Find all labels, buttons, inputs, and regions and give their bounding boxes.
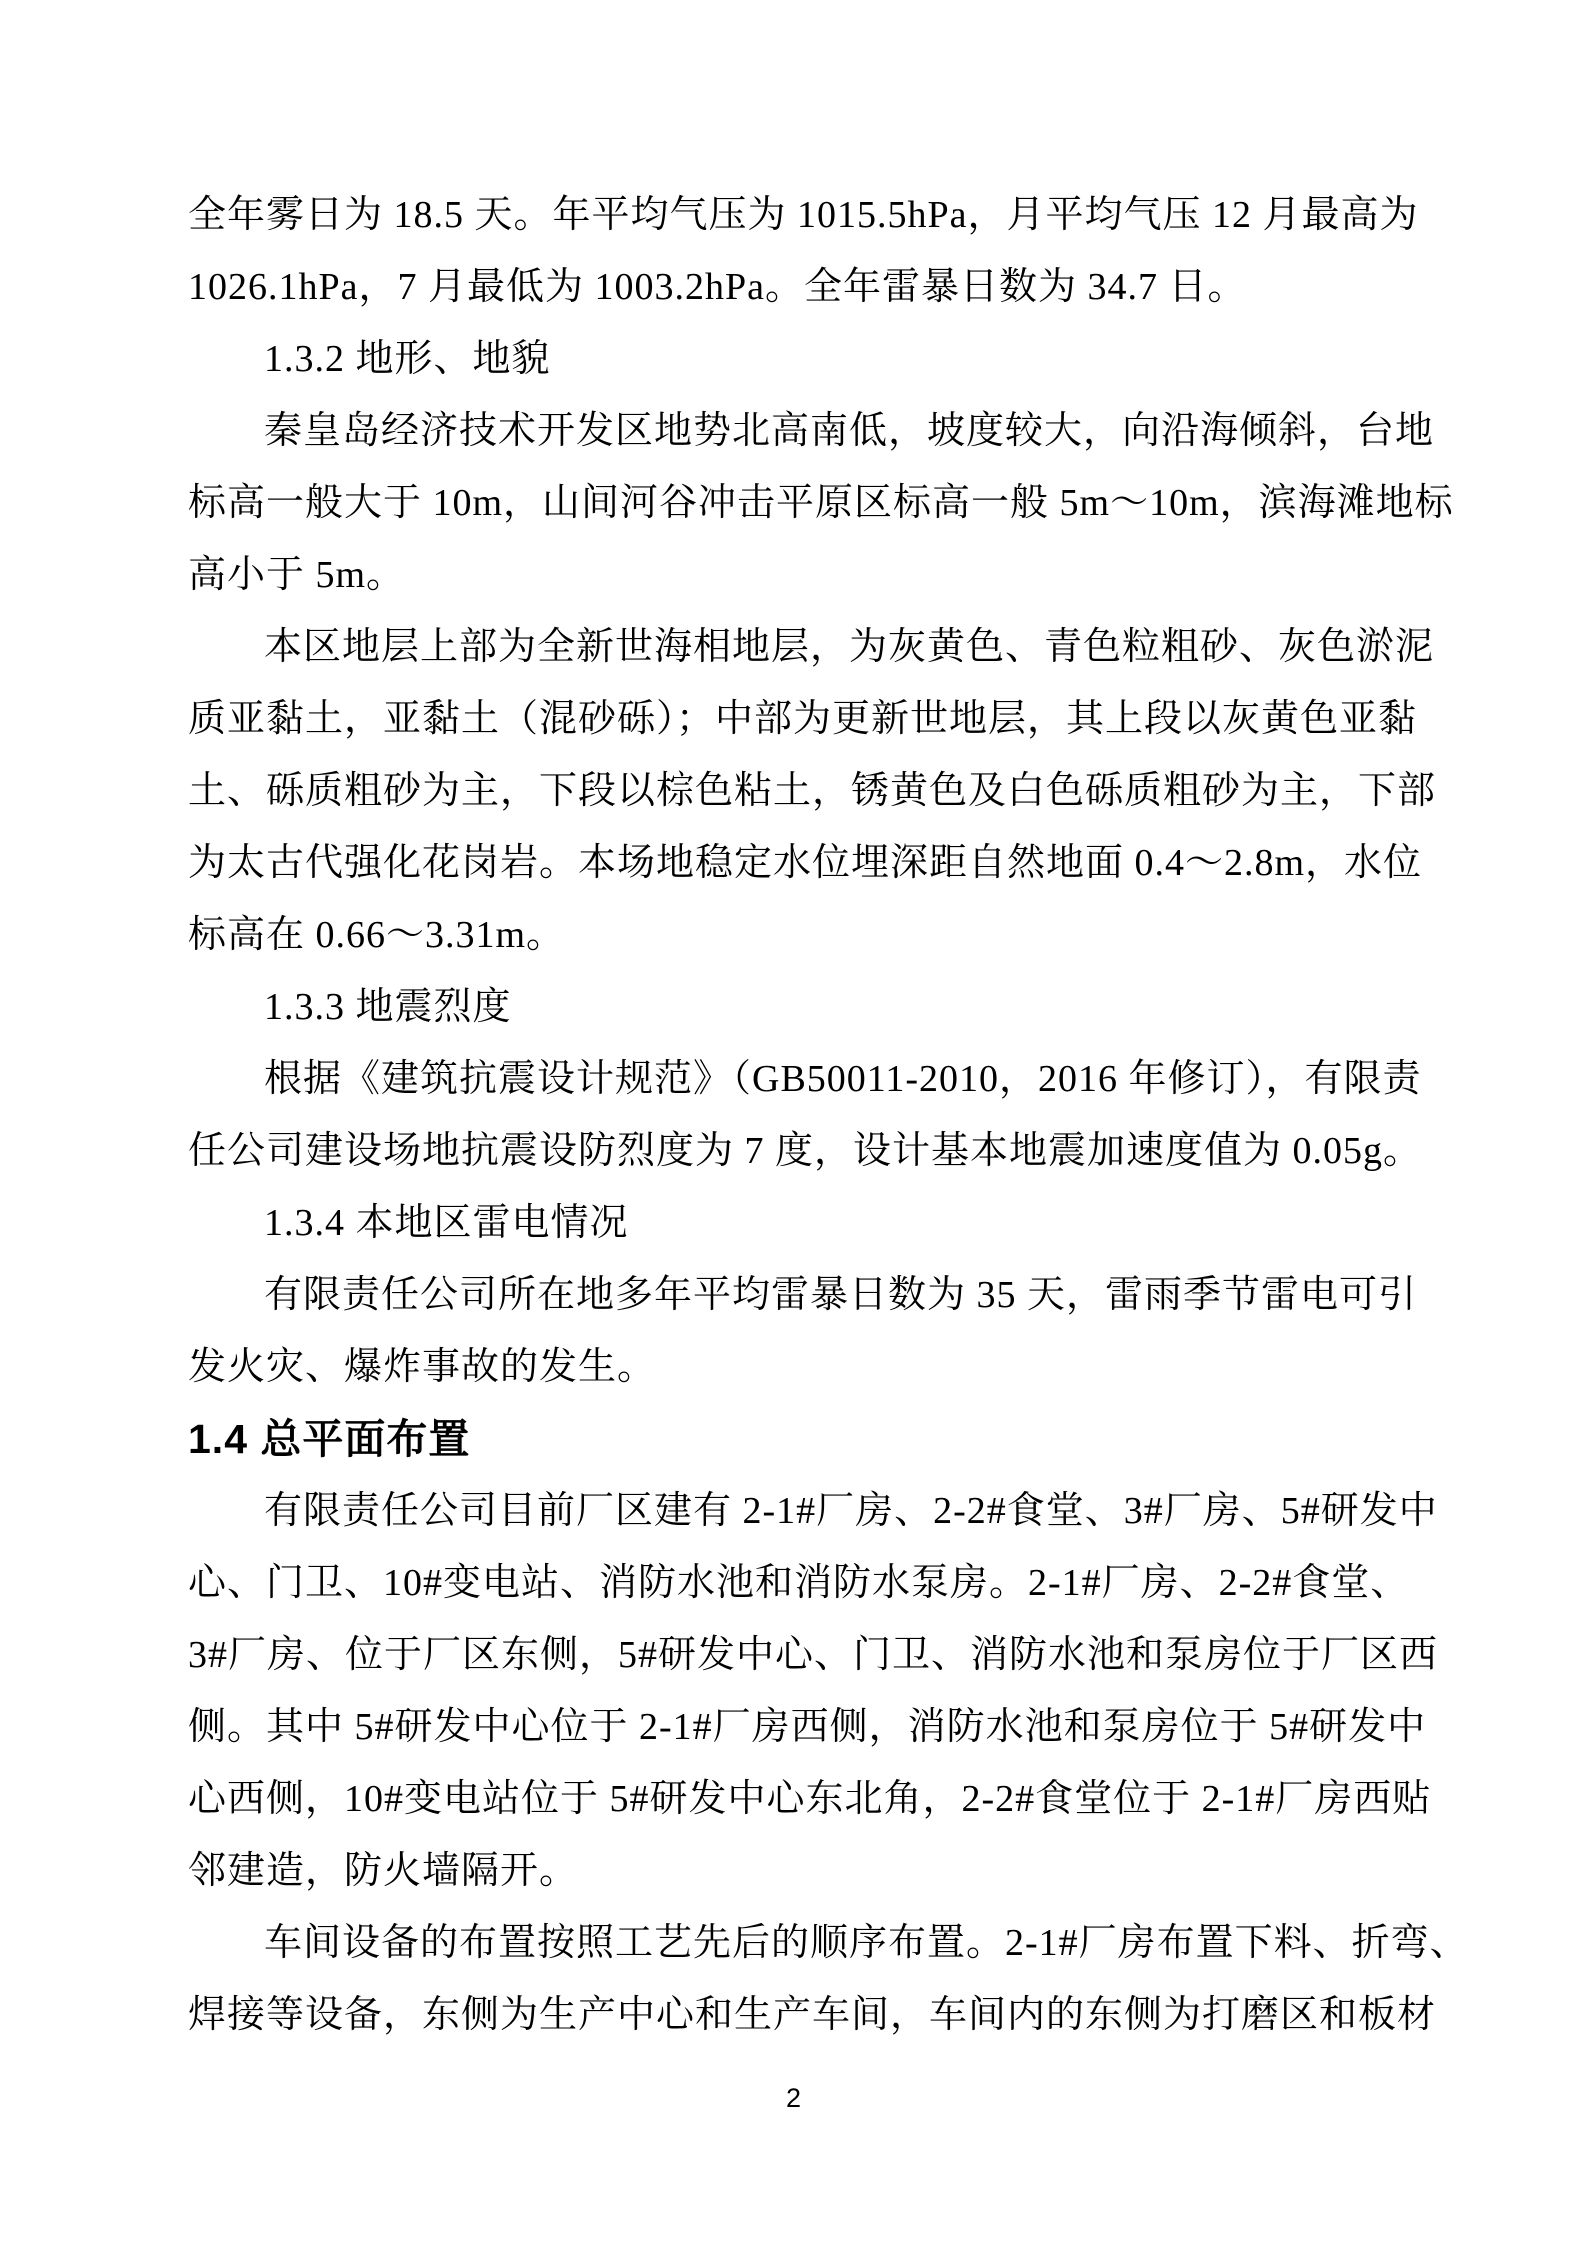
document-content: 全年雾日为 18.5 天。年平均气压为 1015.5hPa，月平均气压 12 月… xyxy=(188,179,1399,2051)
page-footer: 2 xyxy=(0,2083,1587,2113)
text-line: 1026.1hPa，7 月最低为 1003.2hPa。全年雷暴日数为 34.7 … xyxy=(188,251,1399,323)
text-line: 有限责任公司所在地多年平均雷暴日数为 35 天，雷雨季节雷电可引 xyxy=(188,1259,1399,1331)
text-line: 根据《建筑抗震设计规范》（GB50011-2010，2016 年修订），有限责 xyxy=(188,1043,1399,1115)
text-line: 全年雾日为 18.5 天。年平均气压为 1015.5hPa，月平均气压 12 月… xyxy=(188,179,1399,251)
text-line: 标高在 0.66～3.31m。 xyxy=(188,899,1399,971)
text-line: 质亚黏土，亚黏土（混砂砾）；中部为更新世地层，其上段以灰黄色亚黏 xyxy=(188,683,1399,755)
text-line: 心、门卫、10#变电站、消防水池和消防水泵房。2-1#厂房、2-2#食堂、 xyxy=(188,1547,1399,1619)
text-line: 土、砾质粗砂为主，下段以棕色粘土，锈黄色及白色砾质粗砂为主，下部 xyxy=(188,755,1399,827)
text-line: 秦皇岛经济技术开发区地势北高南低，坡度较大，向沿海倾斜，台地 xyxy=(188,395,1399,467)
text-line: 高小于 5m。 xyxy=(188,539,1399,611)
text-line: 标高一般大于 10m，山间河谷冲击平原区标高一般 5m～10m，滨海滩地标 xyxy=(188,467,1399,539)
text-line: 有限责任公司目前厂区建有 2-1#厂房、2-2#食堂、3#厂房、5#研发中 xyxy=(188,1475,1399,1547)
heading-line: 1.4 总平面布置 xyxy=(188,1403,1399,1475)
text-line: 心西侧，10#变电站位于 5#研发中心东北角，2-2#食堂位于 2-1#厂房西贴 xyxy=(188,1763,1399,1835)
text-line: 本区地层上部为全新世海相地层，为灰黄色、青色粒粗砂、灰色淤泥 xyxy=(188,611,1399,683)
text-line: 为太古代强化花岗岩。本场地稳定水位埋深距自然地面 0.4～2.8m，水位 xyxy=(188,827,1399,899)
text-line: 任公司建设场地抗震设防烈度为 7 度，设计基本地震加速度值为 0.05g。 xyxy=(188,1115,1399,1187)
document-page: 全年雾日为 18.5 天。年平均气压为 1015.5hPa，月平均气压 12 月… xyxy=(0,0,1587,2245)
text-line: 侧。其中 5#研发中心位于 2-1#厂房西侧，消防水池和泵房位于 5#研发中 xyxy=(188,1691,1399,1763)
heading-line: 1.3.3 地震烈度 xyxy=(188,971,1399,1043)
heading-line: 1.3.2 地形、地貌 xyxy=(188,323,1399,395)
text-line: 车间设备的布置按照工艺先后的顺序布置。2-1#厂房布置下料、折弯、 xyxy=(188,1907,1399,1979)
text-line: 焊接等设备，东侧为生产中心和生产车间，车间内的东侧为打磨区和板材 xyxy=(188,1979,1399,2051)
text-line: 3#厂房、位于厂区东侧，5#研发中心、门卫、消防水池和泵房位于厂区西 xyxy=(188,1619,1399,1691)
text-line: 邻建造，防火墙隔开。 xyxy=(188,1835,1399,1907)
page-number: 2 xyxy=(786,2083,801,2113)
text-line: 发火灾、爆炸事故的发生。 xyxy=(188,1331,1399,1403)
heading-line: 1.3.4 本地区雷电情况 xyxy=(188,1187,1399,1259)
